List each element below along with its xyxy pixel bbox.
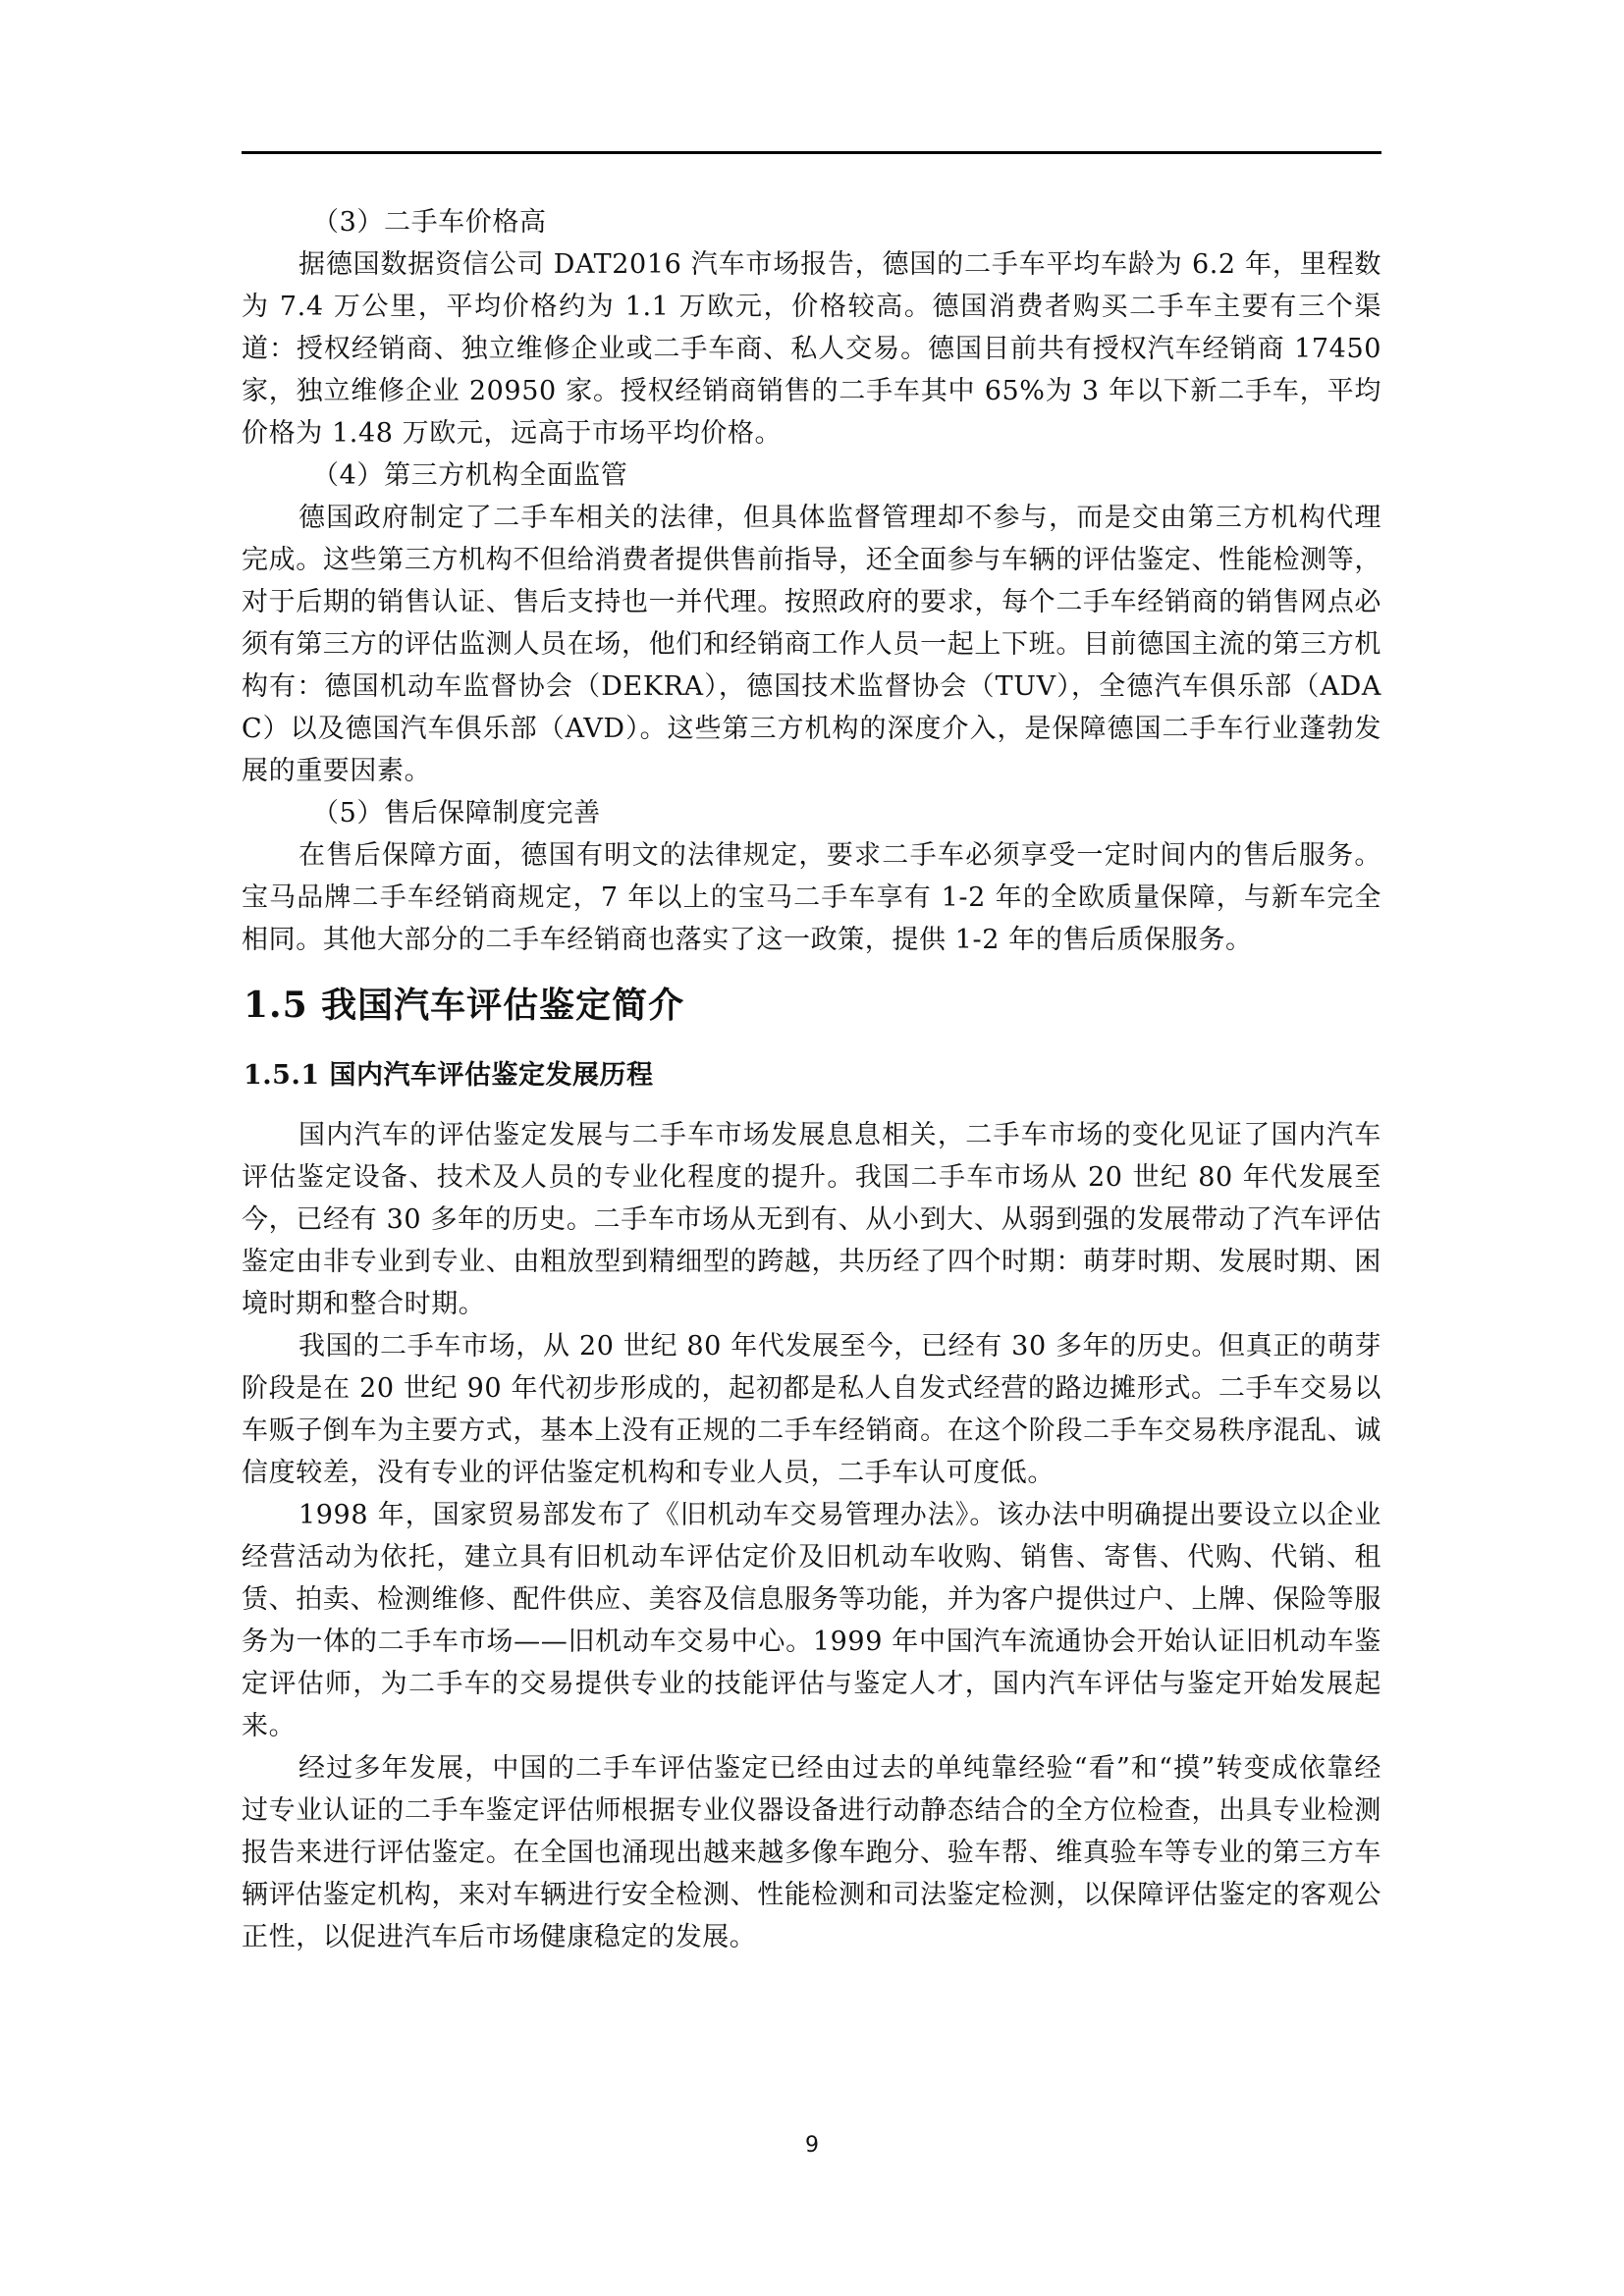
section-heading-1-5: 1.5 我国汽车评估鉴定简介	[244, 982, 684, 1029]
paragraph-used-car-prices: 据德国数据资信公司 DAT2016 汽车市场报告，德国的二手车平均车龄为 6.2…	[242, 243, 1381, 454]
subheading-item-4: （4）第三方机构全面监管	[242, 454, 1381, 497]
paragraph-early-stage: 我国的二手车市场，从 20 世纪 80 年代发展至今，已经有 30 多年的历史。…	[242, 1325, 1381, 1494]
subheading-item-5: （5）售后保障制度完善	[242, 792, 1381, 834]
section-heading-1-5-1: 1.5.1 国内汽车评估鉴定发展历程	[244, 1056, 654, 1095]
page-number: 9	[0, 2132, 1624, 2160]
china-section: 国内汽车的评估鉴定发展与二手车市场发展息息相关，二手车市场的变化见证了国内汽车评…	[242, 1114, 1381, 1958]
subheading-item-3: （3）二手车价格高	[242, 201, 1381, 243]
document-page: （3）二手车价格高 据德国数据资信公司 DAT2016 汽车市场报告，德国的二手…	[0, 0, 1624, 2296]
germany-section: （3）二手车价格高 据德国数据资信公司 DAT2016 汽车市场报告，德国的二手…	[242, 201, 1381, 961]
paragraph-1998-regulation: 1998 年，国家贸易部发布了《旧机动车交易管理办法》。该办法中明确提出要设立以…	[242, 1494, 1381, 1747]
header-rule	[242, 151, 1381, 154]
paragraph-modern-assessment: 经过多年发展，中国的二手车评估鉴定已经由过去的单纯靠经验“看”和“摸”转变成依靠…	[242, 1747, 1381, 1958]
paragraph-third-party-supervision: 德国政府制定了二手车相关的法律，但具体监督管理却不参与，而是交由第三方机构代理完…	[242, 497, 1381, 792]
paragraph-after-sales: 在售后保障方面，德国有明文的法律规定，要求二手车必须享受一定时间内的售后服务。宝…	[242, 834, 1381, 961]
paragraph-development-overview: 国内汽车的评估鉴定发展与二手车市场发展息息相关，二手车市场的变化见证了国内汽车评…	[242, 1114, 1381, 1325]
